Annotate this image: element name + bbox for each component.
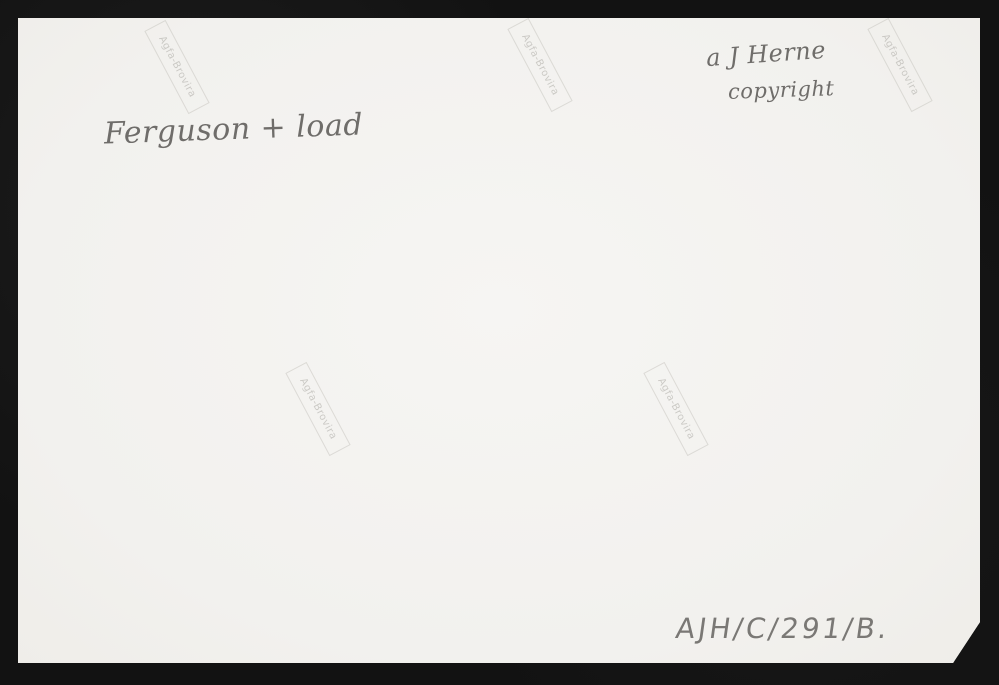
handwritten-copyright: copyright xyxy=(728,76,835,104)
handwritten-reference-number: AJH/C/291/B. xyxy=(674,612,893,645)
